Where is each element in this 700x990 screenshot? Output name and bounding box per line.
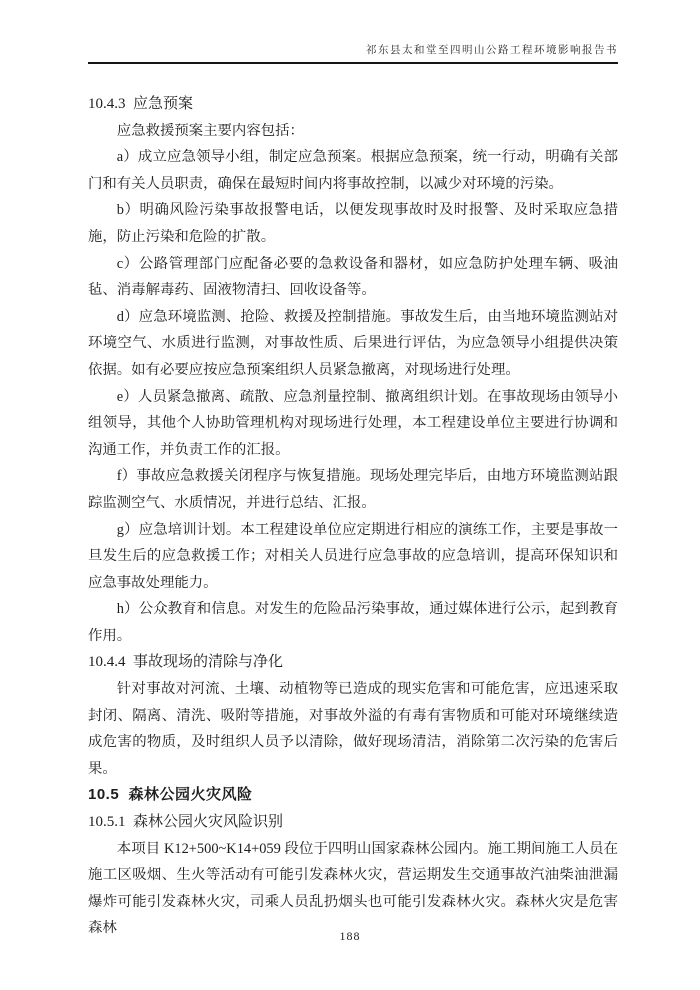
section-heading-10-5-1: 10.5.1 森林公园火灾风险识别 — [88, 809, 618, 836]
document-page: 祁东县太和堂至四明山公路工程环境影响报告书 10.4.3 应急预案 应急救援预案… — [0, 0, 700, 990]
page-number: 188 — [0, 929, 700, 944]
list-item-a: a）成立应急领导小组，制定应急预案。根据应急预案，统一行动，明确有关部门和有关人… — [88, 144, 618, 197]
list-item-e: e）人员紧急撤离、疏散、应急剂量控制、撤离组织计划。在事故现场由领导小组领导，其… — [88, 384, 618, 464]
list-item-h: h）公众教育和信息。对发生的危险品污染事故，通过媒体进行公示，起到教育作用。 — [88, 596, 618, 649]
list-item-f: f）事故应急救援关闭程序与恢复措施。现场处理完毕后，由地方环境监测站跟踪监测空气… — [88, 463, 618, 516]
document-body: 10.4.3 应急预案 应急救援预案主要内容包括： a）成立应急领导小组，制定应… — [88, 91, 618, 942]
section-heading-10-4-3: 10.4.3 应急预案 — [88, 91, 618, 118]
running-header-title: 祁东县太和堂至四明山公路工程环境影响报告书 — [88, 42, 618, 57]
paragraph-10-4-4: 针对事故对河流、土壤、动植物等已造成的现实危害和可能危害，应迅速采取封闭、隔离、… — [88, 676, 618, 782]
paragraph-intro: 应急救援预案主要内容包括： — [88, 118, 618, 145]
paragraph-10-5-1: 本项目 K12+500~K14+059 段位于四明山国家森林公园内。施工期间施工… — [88, 836, 618, 942]
running-header: 祁东县太和堂至四明山公路工程环境影响报告书 — [88, 42, 618, 64]
list-item-c: c）公路管理部门应配备必要的急救设备和器材，如应急防护处理车辆、吸油毡、消毒解毒… — [88, 251, 618, 304]
section-heading-10-4-4: 10.4.4 事故现场的清除与净化 — [88, 649, 618, 676]
list-item-d: d）应急环境监测、抢险、救援及控制措施。事故发生后，由当地环境监测站对环境空气、… — [88, 304, 618, 384]
list-item-g: g）应急培训计划。本工程建设单位应定期进行相应的演练工作，主要是事故一旦发生后的… — [88, 517, 618, 597]
section-heading-10-5: 10.5 森林公园火灾风险 — [88, 782, 618, 809]
list-item-b: b）明确风险污染事故报警电话，以便发现事故时及时报警、及时采取应急措施，防止污染… — [88, 197, 618, 250]
